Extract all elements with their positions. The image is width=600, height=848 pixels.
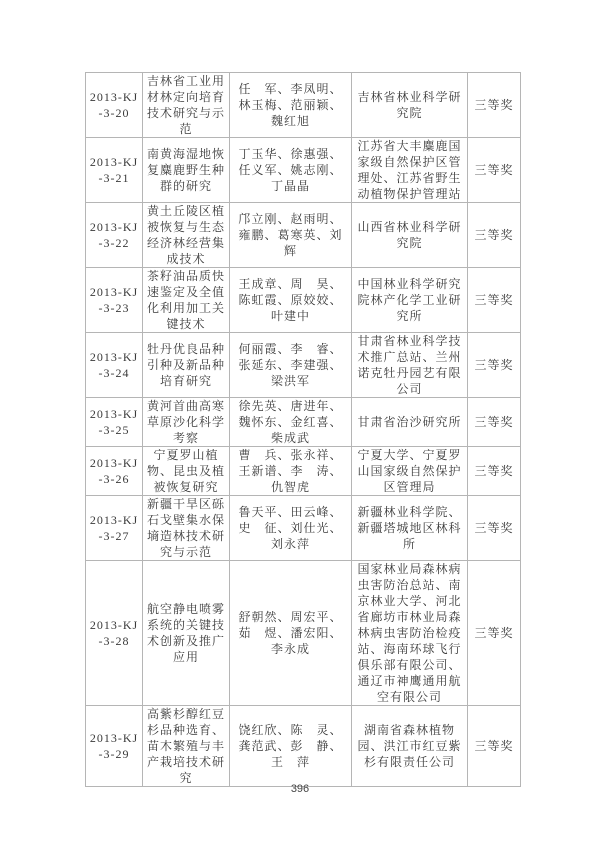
page-number: 396 bbox=[0, 783, 600, 795]
prize-level: 三等奖 bbox=[468, 138, 521, 203]
organization: 宁夏大学、宁夏罗山国家级自然保护区管理局 bbox=[352, 447, 468, 496]
table-row: 2013-KJ-3-23茶籽油品质快速鉴定及全值化利用加工关键技术王成章、周 昊… bbox=[86, 268, 521, 333]
table-row: 2013-KJ-3-26宁夏罗山植物、昆虫及植被恢复研究曹 兵、张永祥、王新谱、… bbox=[86, 447, 521, 496]
award-id: 2013-KJ-3-22 bbox=[86, 203, 143, 268]
table-row: 2013-KJ-3-22黄土丘陵区植被恢复与生态经济林经营集成技术邝立刚、赵雨明… bbox=[86, 203, 521, 268]
contributors: 徐先英、唐进年、魏怀东、金红喜、柴成武 bbox=[230, 398, 352, 447]
project-title: 黄土丘陵区植被恢复与生态经济林经营集成技术 bbox=[143, 203, 230, 268]
table-row: 2013-KJ-3-29高紫杉醇红豆杉品种选育、苗木繁殖与丰产栽培技术研究饶红欣… bbox=[86, 706, 521, 787]
contributors: 何丽霞、李 睿、张延东、李建强、梁洪军 bbox=[230, 333, 352, 398]
project-title: 航空静电喷雾系统的关键技术创新及推广应用 bbox=[143, 561, 230, 706]
award-id: 2013-KJ-3-24 bbox=[86, 333, 143, 398]
contributors: 饶红欣、陈 灵、龚范武、彭 静、王 萍 bbox=[230, 706, 352, 787]
prize-level: 三等奖 bbox=[468, 447, 521, 496]
contributors: 王成章、周 昊、陈虹霞、原姣姣、叶建中 bbox=[230, 268, 352, 333]
contributors: 任 军、李凤明、林玉梅、范丽颖、魏红旭 bbox=[230, 73, 352, 138]
project-title: 新疆干旱区砾石戈壁集水保墒造林技术研究与示范 bbox=[143, 496, 230, 561]
prize-level: 三等奖 bbox=[468, 203, 521, 268]
organization: 甘肃省林业科学技术推广总站、兰州诺克牡丹园艺有限公司 bbox=[352, 333, 468, 398]
organization: 甘肃省治沙研究所 bbox=[352, 398, 468, 447]
project-title: 茶籽油品质快速鉴定及全值化利用加工关键技术 bbox=[143, 268, 230, 333]
contributors: 曹 兵、张永祥、王新谱、李 涛、仇智虎 bbox=[230, 447, 352, 496]
contributors: 鲁天平、田云峰、史 征、刘仕光、刘永萍 bbox=[230, 496, 352, 561]
project-title: 宁夏罗山植物、昆虫及植被恢复研究 bbox=[143, 447, 230, 496]
organization: 江苏省大丰麋鹿国家级自然保护区管理处、江苏省野生动植物保护管理站 bbox=[352, 138, 468, 203]
award-id: 2013-KJ-3-25 bbox=[86, 398, 143, 447]
awards-table: 2013-KJ-3-20吉林省工业用材林定向培育技术研究与示范任 军、李凤明、林… bbox=[85, 72, 521, 787]
table-row: 2013-KJ-3-24牡丹优良品种引种及新品种培育研究何丽霞、李 睿、张延东、… bbox=[86, 333, 521, 398]
project-title: 吉林省工业用材林定向培育技术研究与示范 bbox=[143, 73, 230, 138]
table-row: 2013-KJ-3-25黄河首曲高寒草原沙化科学考察徐先英、唐进年、魏怀东、金红… bbox=[86, 398, 521, 447]
prize-level: 三等奖 bbox=[468, 398, 521, 447]
project-title: 黄河首曲高寒草原沙化科学考察 bbox=[143, 398, 230, 447]
prize-level: 三等奖 bbox=[468, 73, 521, 138]
organization: 山西省林业科学研究院 bbox=[352, 203, 468, 268]
prize-level: 三等奖 bbox=[468, 333, 521, 398]
organization: 国家林业局森林病虫害防治总站、南京林业大学、河北省廊坊市林业局森林病虫害防治检疫… bbox=[352, 561, 468, 706]
award-id: 2013-KJ-3-23 bbox=[86, 268, 143, 333]
organization: 湖南省森林植物园、洪江市红豆紫杉有限责任公司 bbox=[352, 706, 468, 787]
table-row: 2013-KJ-3-27新疆干旱区砾石戈壁集水保墒造林技术研究与示范鲁天平、田云… bbox=[86, 496, 521, 561]
award-id: 2013-KJ-3-29 bbox=[86, 706, 143, 787]
award-id: 2013-KJ-3-21 bbox=[86, 138, 143, 203]
organization: 新疆林业科学院、新疆塔城地区林科所 bbox=[352, 496, 468, 561]
award-id: 2013-KJ-3-27 bbox=[86, 496, 143, 561]
prize-level: 三等奖 bbox=[468, 496, 521, 561]
award-id: 2013-KJ-3-26 bbox=[86, 447, 143, 496]
prize-level: 三等奖 bbox=[468, 268, 521, 333]
contributors: 舒朝然、周宏平、茹 煜、潘宏阳、李永成 bbox=[230, 561, 352, 706]
project-title: 南黄海湿地恢复麋鹿野生种群的研究 bbox=[143, 138, 230, 203]
table-row: 2013-KJ-3-20吉林省工业用材林定向培育技术研究与示范任 军、李凤明、林… bbox=[86, 73, 521, 138]
contributors: 邝立刚、赵雨明、雍鹏、葛寒英、刘 辉 bbox=[230, 203, 352, 268]
table-row: 2013-KJ-3-21南黄海湿地恢复麋鹿野生种群的研究丁玉华、徐惠强、任义军、… bbox=[86, 138, 521, 203]
prize-level: 三等奖 bbox=[468, 561, 521, 706]
prize-level: 三等奖 bbox=[468, 706, 521, 787]
table-row: 2013-KJ-3-28航空静电喷雾系统的关键技术创新及推广应用舒朝然、周宏平、… bbox=[86, 561, 521, 706]
project-title: 牡丹优良品种引种及新品种培育研究 bbox=[143, 333, 230, 398]
award-id: 2013-KJ-3-20 bbox=[86, 73, 143, 138]
organization: 中国林业科学研究院林产化学工业研究所 bbox=[352, 268, 468, 333]
award-id: 2013-KJ-3-28 bbox=[86, 561, 143, 706]
project-title: 高紫杉醇红豆杉品种选育、苗木繁殖与丰产栽培技术研究 bbox=[143, 706, 230, 787]
contributors: 丁玉华、徐惠强、任义军、姚志刚、丁晶晶 bbox=[230, 138, 352, 203]
organization: 吉林省林业科学研究院 bbox=[352, 73, 468, 138]
